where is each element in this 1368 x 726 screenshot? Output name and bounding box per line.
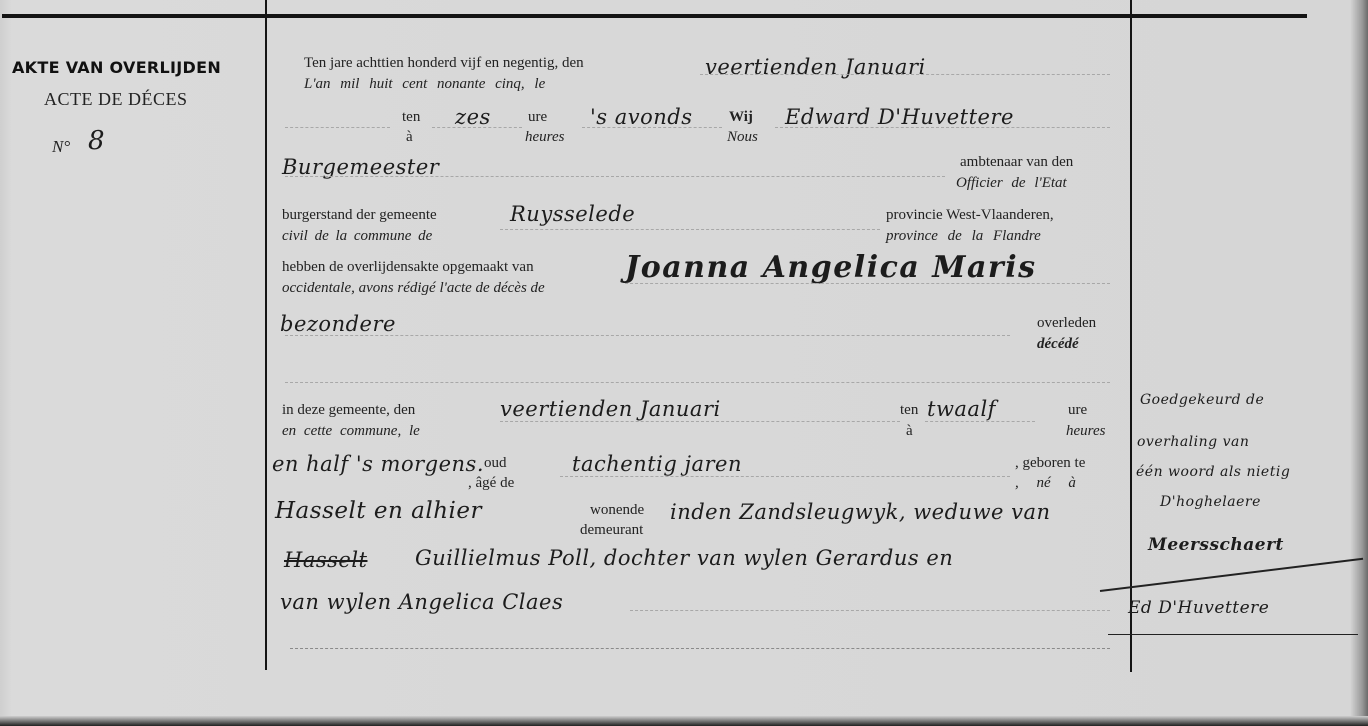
right-column-divider: [1130, 0, 1132, 672]
provincie-dutch: provincie West-Vlaanderen,: [886, 207, 1054, 224]
top-rule: [2, 14, 1307, 18]
time-of-day-value: 's avonds: [590, 105, 693, 129]
struck-word: Hasselt: [284, 548, 367, 572]
geboren-dutch: , geboren te: [1015, 455, 1085, 472]
hebben-french: occidentale, avons rédigé l'acte de décè…: [282, 280, 545, 297]
ten2-dutch: ten: [900, 402, 918, 419]
oud-french: , âgé de: [468, 475, 514, 492]
ten-dutch: ten: [402, 109, 420, 126]
birthplace-value: Hasselt en alhier: [275, 498, 482, 524]
commune-value: Ruysselede: [510, 202, 635, 226]
ten2-french: à: [906, 423, 913, 440]
ambtenaar-french: Officier de l'Etat: [956, 175, 1067, 192]
residence-value: inden Zandsleugwyk, weduwe van: [670, 500, 1051, 524]
ambtenaar-dutch: ambtenaar van den: [960, 154, 1073, 171]
hour-value: zes: [455, 105, 491, 129]
overleden-dutch: overleden: [1037, 315, 1096, 332]
wij-french: Nous: [727, 129, 758, 146]
deceased-name-value: Joanna Angelica Maris: [625, 250, 1036, 285]
hebben-dutch: hebben de overlijdensakte opgemaakt van: [282, 259, 534, 276]
oud-dutch: oud: [484, 455, 507, 472]
page-edge-shadow: [0, 716, 1368, 726]
official-name-value: Edward D'Huvettere: [785, 105, 1014, 129]
ure-french: heures: [525, 129, 564, 146]
margin-note-line1: Goedgekeurd de: [1140, 392, 1264, 408]
death-certificate-page: AKTE VAN OVERLIJDEN ACTE DE DÉCES N° 8 T…: [0, 0, 1368, 726]
ure-dutch: ure: [528, 109, 547, 126]
burgerstand-french: civil de la commune de: [282, 228, 432, 245]
signature-underline: [1108, 634, 1358, 635]
signature-flourish: [1100, 558, 1363, 592]
margin-signature-3: Ed D'Huvettere: [1128, 598, 1269, 618]
deceased-extra-value: bezondere: [280, 312, 396, 336]
margin-note-line2: overhaling van: [1137, 434, 1249, 450]
death-hour-value: twaalf: [927, 397, 996, 421]
provincie-french: province de la Flandre: [886, 228, 1041, 245]
death-time-value: en half 's morgens.: [272, 452, 484, 476]
ure2-dutch: ure: [1068, 402, 1087, 419]
ten-french: à: [406, 129, 413, 146]
wonende-dutch: wonende: [590, 502, 644, 519]
left-column-divider: [265, 0, 267, 670]
death-date-value: veertienden Januari: [500, 397, 721, 421]
overleden-french: décédé: [1037, 336, 1079, 353]
geboren-french: , né à: [1015, 475, 1076, 492]
title-dutch: AKTE VAN OVERLIJDEN: [12, 58, 221, 77]
wij-dutch: Wij: [729, 109, 753, 126]
certificate-number: 8: [88, 126, 105, 156]
margin-signature-2: Meersschaert: [1148, 535, 1284, 555]
burgerstand-dutch: burgerstand der gemeente: [282, 207, 437, 224]
spouse-parent-line: Guillielmus Poll, dochter van wylen Gera…: [415, 546, 953, 570]
margin-note-line3: één woord als nietig: [1136, 464, 1290, 480]
line1-french: L'an mil huit cent nonante cinq, le: [304, 76, 545, 93]
title-french: ACTE DE DÉCES: [44, 89, 188, 110]
margin-signature-1: D'hoghelaere: [1160, 494, 1261, 510]
age-value: tachentig jaren: [572, 452, 742, 476]
in-deze-french: en cette commune, le: [282, 423, 420, 440]
number-label: N°: [52, 137, 70, 157]
ure2-french: heures: [1066, 423, 1105, 440]
mother-line: van wylen Angelica Claes: [280, 590, 563, 614]
line1-dutch: Ten jare achttien honderd vijf en negent…: [304, 55, 584, 72]
wonende-french: demeurant: [580, 522, 643, 539]
in-deze-dutch: in deze gemeente, den: [282, 402, 415, 419]
